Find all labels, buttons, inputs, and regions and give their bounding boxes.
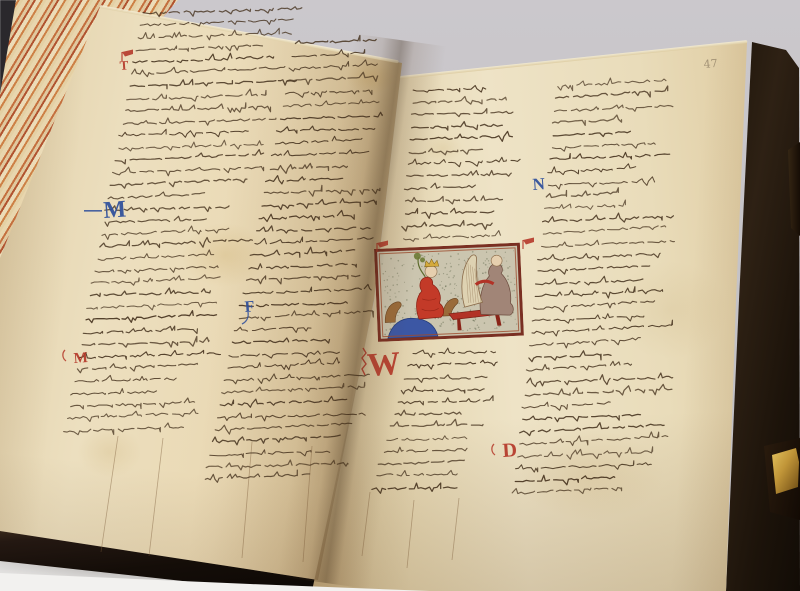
manuscript-photo: TMMFNWD 47: [0, 0, 800, 591]
initial-T: T: [119, 57, 129, 73]
initial-M: M: [73, 350, 88, 367]
initial-D: D: [502, 439, 518, 462]
initial-flourish: [63, 350, 66, 361]
ruling-line: [407, 500, 414, 568]
ruling-line: [242, 442, 252, 558]
initial-N: N: [532, 174, 546, 194]
right-page-col-2: [512, 78, 674, 494]
ruling-line: [149, 438, 163, 556]
ruling-line: [452, 498, 459, 560]
initial-F: F: [244, 298, 255, 316]
ruling-line: [101, 436, 118, 552]
rubric-mark: [122, 50, 133, 57]
folio-number: 47: [703, 57, 718, 71]
rubric-mark: [523, 238, 534, 245]
initial-flourish: [492, 444, 495, 455]
initial-M: M: [103, 196, 127, 224]
